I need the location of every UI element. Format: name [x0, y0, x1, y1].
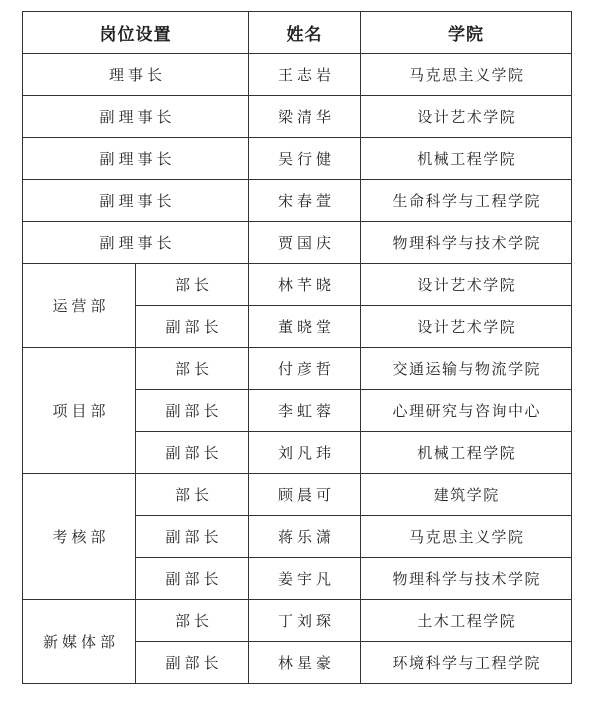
position-cell: 副部长 — [136, 558, 249, 600]
table-row: 理事长 王志岩 马克思主义学院 — [23, 54, 572, 96]
department-cell: 运营部 — [23, 264, 136, 348]
position-cell: 部长 — [136, 600, 249, 642]
position-cell: 部长 — [136, 264, 249, 306]
college-cell: 心理研究与咨询中心 — [361, 390, 572, 432]
header-cell-position-setup: 岗位设置 — [23, 12, 249, 54]
college-cell: 土木工程学院 — [361, 600, 572, 642]
college-cell: 马克思主义学院 — [361, 54, 572, 96]
department-cell: 考核部 — [23, 474, 136, 600]
header-cell-college: 学院 — [361, 12, 572, 54]
table-row: 副理事长 宋春萱 生命科学与工程学院 — [23, 180, 572, 222]
name-cell: 林星豪 — [249, 642, 361, 684]
name-cell: 付彦哲 — [249, 348, 361, 390]
name-cell: 宋春萱 — [249, 180, 361, 222]
name-cell: 李虹蓉 — [249, 390, 361, 432]
position-cell: 副部长 — [136, 306, 249, 348]
name-cell: 林芊晓 — [249, 264, 361, 306]
position-cell: 部长 — [136, 474, 249, 516]
college-cell: 建筑学院 — [361, 474, 572, 516]
college-cell: 设计艺术学院 — [361, 306, 572, 348]
table-row: 副理事长 梁清华 设计艺术学院 — [23, 96, 572, 138]
table-row: 新媒体部 部长 丁刘琛 土木工程学院 — [23, 600, 572, 642]
table-row: 副理事长 吴行健 机械工程学院 — [23, 138, 572, 180]
college-cell: 设计艺术学院 — [361, 264, 572, 306]
position-cell: 副部长 — [136, 642, 249, 684]
college-cell: 环境科学与工程学院 — [361, 642, 572, 684]
name-cell: 董晓堂 — [249, 306, 361, 348]
header-cell-name: 姓名 — [249, 12, 361, 54]
document-page: 岗位设置 姓名 学院 理事长 王志岩 马克思主义学院 副理事长 梁清华 设计艺术… — [0, 0, 592, 706]
college-cell: 马克思主义学院 — [361, 516, 572, 558]
position-cell: 部长 — [136, 348, 249, 390]
name-cell: 吴行健 — [249, 138, 361, 180]
table-header-row: 岗位设置 姓名 学院 — [23, 12, 572, 54]
name-cell: 王志岩 — [249, 54, 361, 96]
name-cell: 顾晨可 — [249, 474, 361, 516]
position-cell: 副理事长 — [23, 96, 249, 138]
college-cell: 交通运输与物流学院 — [361, 348, 572, 390]
college-cell: 物理科学与技术学院 — [361, 222, 572, 264]
name-cell: 贾国庆 — [249, 222, 361, 264]
name-cell: 姜宇凡 — [249, 558, 361, 600]
position-cell: 副理事长 — [23, 180, 249, 222]
table-row: 运营部 部长 林芊晓 设计艺术学院 — [23, 264, 572, 306]
college-cell: 物理科学与技术学院 — [361, 558, 572, 600]
position-cell: 副部长 — [136, 390, 249, 432]
college-cell: 机械工程学院 — [361, 138, 572, 180]
department-cell: 项目部 — [23, 348, 136, 474]
name-cell: 丁刘琛 — [249, 600, 361, 642]
position-cell: 副部长 — [136, 516, 249, 558]
college-cell: 生命科学与工程学院 — [361, 180, 572, 222]
college-cell: 设计艺术学院 — [361, 96, 572, 138]
name-cell: 刘凡玮 — [249, 432, 361, 474]
position-cell: 副理事长 — [23, 222, 249, 264]
table-row: 副理事长 贾国庆 物理科学与技术学院 — [23, 222, 572, 264]
name-cell: 蒋乐潇 — [249, 516, 361, 558]
table-row: 项目部 部长 付彦哲 交通运输与物流学院 — [23, 348, 572, 390]
roster-table: 岗位设置 姓名 学院 理事长 王志岩 马克思主义学院 副理事长 梁清华 设计艺术… — [22, 11, 572, 684]
position-cell: 副理事长 — [23, 138, 249, 180]
college-cell: 机械工程学院 — [361, 432, 572, 474]
department-cell: 新媒体部 — [23, 600, 136, 684]
table-row: 考核部 部长 顾晨可 建筑学院 — [23, 474, 572, 516]
position-cell: 理事长 — [23, 54, 249, 96]
name-cell: 梁清华 — [249, 96, 361, 138]
position-cell: 副部长 — [136, 432, 249, 474]
